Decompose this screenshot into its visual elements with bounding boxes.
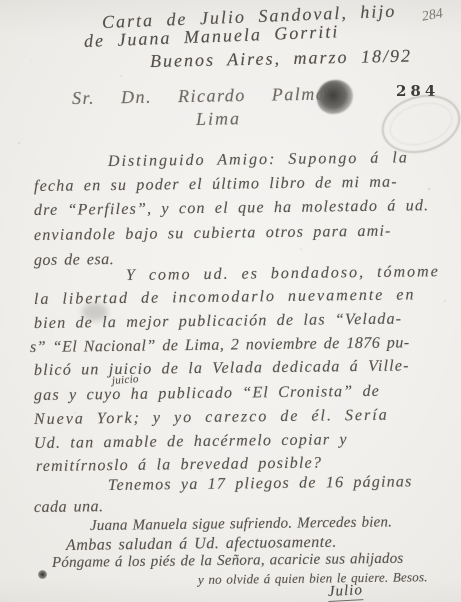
body-line: Póngame á los piés de la Señora, acarici…: [52, 552, 404, 571]
ink-dot-stain: [38, 570, 47, 579]
signature: Julio: [328, 583, 364, 602]
recipient-city: Lima: [196, 109, 241, 128]
body-line: fecha en su poder el último libro de mi …: [34, 175, 398, 195]
body-line: gos de esa.: [34, 252, 114, 269]
body-line: cada una.: [34, 499, 104, 516]
body-line: Distinguido Amigo: Supongo á la: [108, 150, 409, 170]
body-line: Ud. tan amable de hacérmelo copiar y: [34, 432, 348, 452]
body-line: gas y cuyo ha publicado “El Cronista” de: [34, 384, 380, 404]
body-line: Tenemos ya 17 pliegos de 16 páginas: [108, 474, 413, 494]
body-line: la libertad de incomodarlo nuevamente en: [34, 287, 416, 308]
body-line: Nueva York; y yo carezco de él. Sería: [34, 408, 389, 428]
body-line: enviandole bajo su cubierta otros para a…: [34, 224, 392, 244]
body-line: remitírnoslo á la brevedad posible?: [36, 456, 322, 475]
letter-scan-page: 284 284 Carta de Julio Sandoval, hijo de…: [0, 0, 461, 602]
dateline: Buenos Aires, marzo 18/92: [150, 47, 412, 70]
body-line: y no olvide á quien bien le quiere. Beso…: [198, 570, 428, 586]
body-line: s” “El Nacional” de Lima, 2 noviembre de…: [30, 335, 410, 356]
body-line: Juana Manuela sigue sufriendo. Mercedes …: [90, 515, 392, 534]
recipient-name: Sr. Dn. Ricardo Palma: [72, 85, 327, 107]
paper-speckles: [0, 0, 2, 2]
body-line: bien de la mejor publicación de las “Vel…: [34, 312, 402, 332]
body-line: Y como ud. es bondadoso, tómome: [126, 264, 440, 284]
body-line: dre “Perfiles”, y con el que ha molestad…: [34, 198, 429, 219]
body-line: blicó un juicio de la Velada dedicada á …: [34, 358, 410, 379]
folio-number-handwritten: 284: [421, 6, 444, 25]
